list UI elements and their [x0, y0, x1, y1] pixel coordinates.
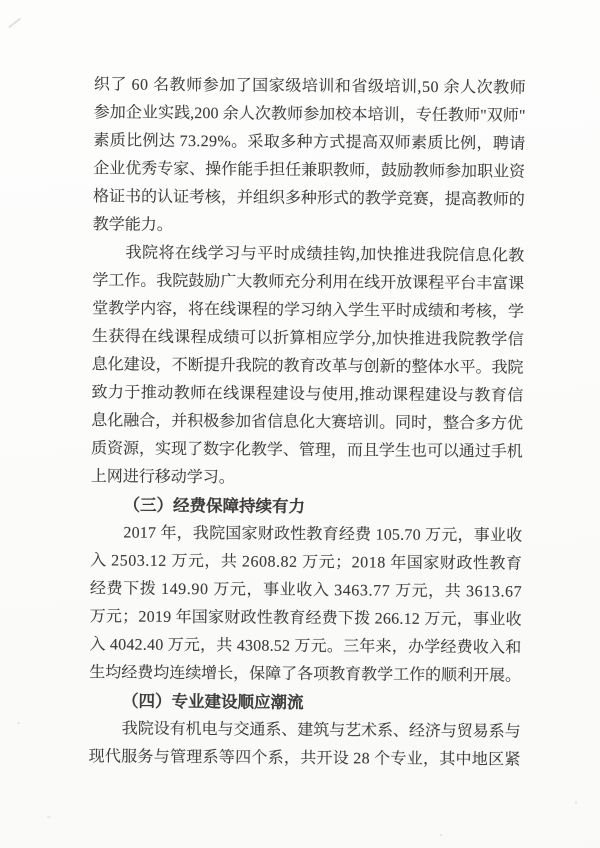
document-page-content: 织了 60 名教师参加了国家级培训和省级培训,50 余人次教师参加企业实践,20…: [89, 71, 526, 774]
text-line-content: 入 2503.12 万元，共 2608.82 万元；2018 年国家财政性教育: [90, 547, 523, 578]
text-line: 上网进行移动学习。: [91, 463, 523, 494]
scan-artifact: [440, 834, 442, 836]
text-line: 致力于推动教师在线课程建设与使用,推动课程建设与教育信: [91, 379, 523, 410]
text-line: 息化融合，并积极参加省信息化大赛培训。同时，整合多方优: [91, 407, 523, 438]
text-line: 经费下拨 149.90 万元，事业收入 3463.77 万元，共 3613.67: [90, 575, 522, 606]
text-line: 2017 年，我院国家财政性教育经费 105.70 万元，事业收: [90, 519, 522, 550]
text-line-content: 织了 60 名教师参加了国家级培训和省级培训,50 余人次教师: [94, 71, 527, 102]
text-line-content: 格证书的认证考核，并组织多种形式的教学竞赛，提高教师的: [93, 183, 525, 214]
text-line: 我院设有机电与交通系、建筑与艺术系、经济与贸易系与: [89, 715, 521, 746]
text-line-content: 我院设有机电与交通系、建筑与艺术系、经济与贸易系与: [122, 716, 521, 747]
text-line: 格证书的认证考核，并组织多种形式的教学竞赛，提高教师的: [93, 183, 525, 214]
text-line-content: 教学能力。: [93, 211, 173, 240]
text-line: 生获得在线课程成绩可以折算相应学分,加快推进我院教学信: [92, 323, 524, 354]
text-line: 堂教学内容，将在线课程的学习纳入学生平时成绩和考核，学: [92, 295, 524, 326]
text-line-content: 2017 年，我院国家财政性教育经费 105.70 万元，事业收: [123, 520, 522, 551]
text-line: 织了 60 名教师参加了国家级培训和省级培训,50 余人次教师: [94, 71, 526, 102]
text-line: 入 4042.40 万元，共 4308.52 万元。三年来，办学经费收入和: [89, 631, 521, 662]
text-line: 生均经费均连续增长，保障了各项教育教学工作的顺利开展。: [89, 659, 521, 690]
scan-artifact: [17, 722, 20, 724]
text-line-content: （三）经费保障持续有力: [123, 492, 305, 521]
text-line-content: 生均经费均连续增长，保障了各项教育教学工作的顺利开展。: [89, 659, 521, 690]
text-line-content: 致力于推动教师在线课程建设与使用,推动课程建设与教育信: [91, 379, 523, 410]
text-line-content: 上网进行移动学习。: [91, 463, 235, 492]
text-line-content: 质资源，实现了数字化教学、管理，而且学生也可以通过手机: [91, 435, 523, 466]
text-line: 素质比例达 73.29%。采取多种方式提高双师素质比例，聘请: [93, 127, 525, 158]
text-line-content: 堂教学内容，将在线课程的学习纳入学生平时成绩和考核，学: [92, 295, 524, 326]
text-line: 现代服务与管理系等四个系，共开设 28 个专业，其中地区紧: [89, 743, 521, 774]
text-line-content: 参加企业实践,200 余人次教师参加校本培训，专任教师"双师": [94, 99, 526, 130]
text-line-content: 我院将在线学习与平时成绩挂钩,加快推进我院信息化教: [125, 240, 524, 271]
scan-artifact: [575, 801, 577, 804]
scan-artifact: [8, 18, 21, 28]
text-line-content: 入 4042.40 万元，共 4308.52 万元。三年来，办学经费收入和: [89, 631, 521, 662]
text-line: 万元；2019 年国家财政性教育经费下拨 266.12 万元，事业收: [90, 603, 522, 634]
text-line: 我院将在线学习与平时成绩挂钩,加快推进我院信息化教: [92, 239, 524, 270]
text-line-content: 现代服务与管理系等四个系，共开设 28 个专业，其中地区紧: [89, 743, 521, 774]
text-line-content: 生获得在线课程成绩可以折算相应学分,加快推进我院教学信: [92, 323, 524, 354]
text-line-content: 万元；2019 年国家财政性教育经费下拨 266.12 万元，事业收: [90, 603, 522, 634]
text-line: 质资源，实现了数字化教学、管理，而且学生也可以通过手机: [91, 435, 523, 466]
text-line: 企业优秀专家、操作能手担任兼职教师，鼓励教师参加职业资: [93, 155, 525, 186]
section-heading: （三）经费保障持续有力: [90, 491, 522, 522]
text-line-content: 企业优秀专家、操作能手担任兼职教师，鼓励教师参加职业资: [93, 155, 525, 186]
text-line-content: 学工作。我院鼓励广大教师充分利用在线开放课程平台丰富课: [92, 267, 524, 298]
text-line: 入 2503.12 万元，共 2608.82 万元；2018 年国家财政性教育: [90, 547, 522, 578]
text-line: 教学能力。: [93, 211, 525, 242]
text-line: 息化建设，不断提升我院的教育改革与创新的整体水平。我院: [92, 351, 524, 382]
document-page: 织了 60 名教师参加了国家级培训和省级培训,50 余人次教师参加企业实践,20…: [0, 0, 600, 848]
text-line-content: 息化融合，并积极参加省信息化大赛培训。同时，整合多方优: [91, 407, 523, 438]
text-line: 学工作。我院鼓励广大教师充分利用在线开放课程平台丰富课: [92, 267, 524, 298]
text-line-content: （四）专业建设顺应潮流: [122, 688, 304, 717]
text-line-content: 经费下拨 149.90 万元，事业收入 3463.77 万元，共 3613.67: [90, 575, 523, 606]
section-heading: （四）专业建设顺应潮流: [89, 687, 521, 718]
text-line-content: 息化建设，不断提升我院的教育改革与创新的整体水平。我院: [92, 351, 524, 382]
scan-artifact: [47, 815, 51, 818]
text-line-content: 素质比例达 73.29%。采取多种方式提高双师素质比例，聘请: [93, 127, 525, 158]
text-line: 参加企业实践,200 余人次教师参加校本培训，专任教师"双师": [94, 99, 526, 130]
